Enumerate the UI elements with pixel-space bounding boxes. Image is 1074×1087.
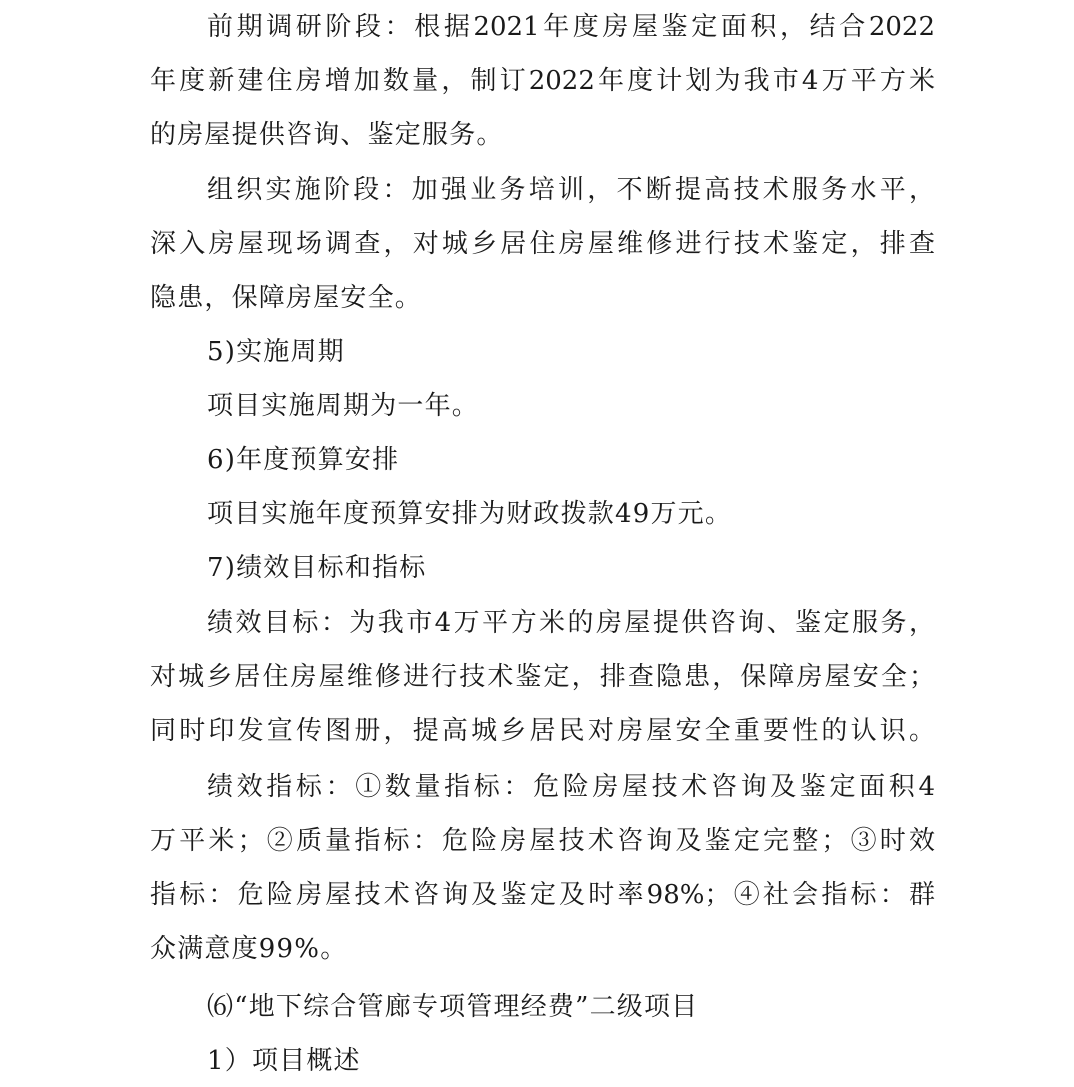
paragraph-research-stage-line-2: 年度新建住房增加数量，制订2022年度计划为我市4万平方米	[150, 54, 935, 108]
paragraph-performance-indicators-line-2: 万平米；②质量指标：危险房屋技术咨询及鉴定完整；③时效	[150, 814, 935, 868]
paragraph-performance-goal-line-3: 同时印发宣传图册，提高城乡居民对房屋安全重要性的认识。	[150, 704, 935, 758]
paragraph-performance-goal-line-2: 对城乡居住房屋维修进行技术鉴定，排查隐患，保障房屋安全；	[150, 650, 935, 704]
paragraph-performance-indicators-line-3: 指标：危险房屋技术咨询及鉴定及时率98%；④社会指标：群	[150, 868, 935, 922]
heading-implementation-period: 5)实施周期	[207, 325, 345, 379]
paragraph-annual-budget: 项目实施年度预算安排为财政拨款49万元。	[207, 487, 732, 541]
heading-performance-goals: 7)绩效目标和指标	[207, 541, 427, 595]
heading-annual-budget: 6)年度预算安排	[207, 433, 399, 487]
paragraph-implementation-stage-line-1: 组织实施阶段：加强业务培训，不断提高技术服务水平，	[207, 163, 935, 217]
paragraph-research-stage-line-3: 的房屋提供咨询、鉴定服务。	[150, 108, 504, 162]
paragraph-performance-goal-line-1: 绩效目标：为我市4万平方米的房屋提供咨询、鉴定服务，	[207, 596, 935, 650]
paragraph-implementation-stage-line-3: 隐患，保障房屋安全。	[150, 271, 422, 325]
paragraph-performance-indicators-line-1: 绩效指标：①数量指标：危险房屋技术咨询及鉴定面积4	[207, 760, 935, 814]
heading-underground-pipe-gallery-project: ⑹“地下综合管廊专项管理经费”二级项目	[207, 980, 698, 1034]
heading-project-overview: 1）项目概述	[207, 1034, 361, 1087]
paragraph-research-stage-line-1: 前期调研阶段：根据2021年度房屋鉴定面积，结合2022	[207, 0, 935, 54]
paragraph-performance-indicators-line-4: 众满意度99%。	[150, 922, 347, 976]
paragraph-implementation-period: 项目实施周期为一年。	[207, 379, 479, 433]
paragraph-implementation-stage-line-2: 深入房屋现场调查，对城乡居住房屋维修进行技术鉴定，排查	[150, 217, 935, 271]
